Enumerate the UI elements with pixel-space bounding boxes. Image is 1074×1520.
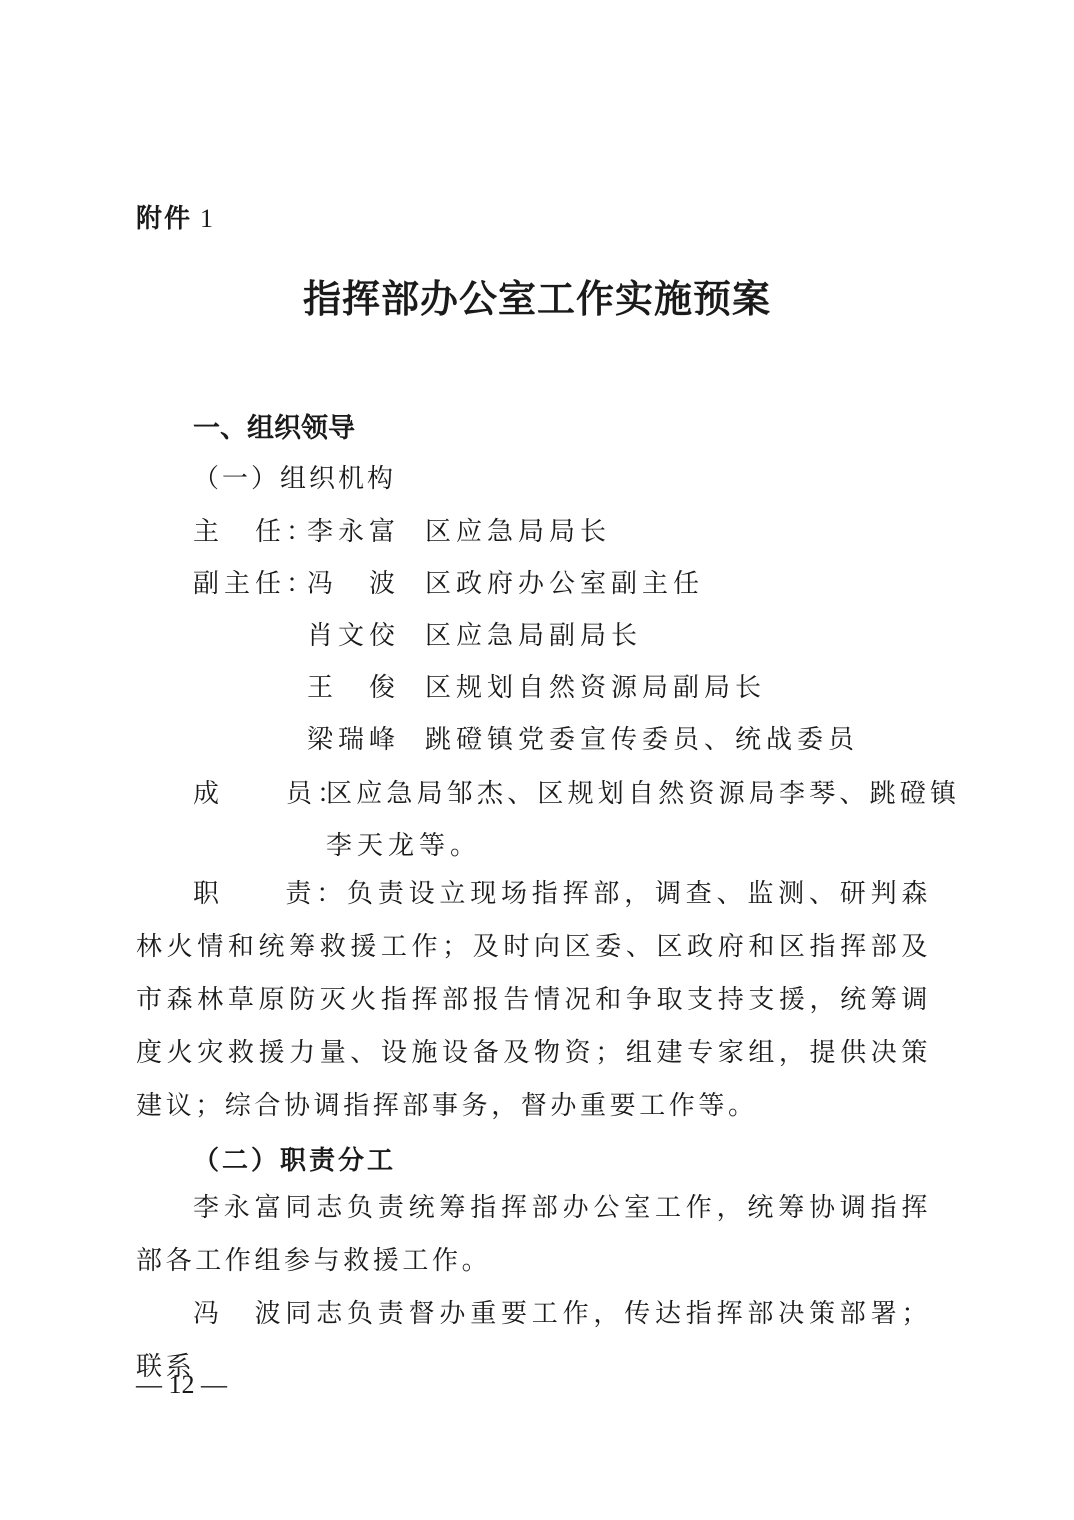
deputy-position: 区政府办公室副主任	[425, 563, 704, 600]
deputy-name: 冯 波	[307, 563, 400, 600]
director-name: 李永富	[307, 511, 400, 548]
deputy-name: 肖文佼	[307, 615, 400, 652]
section-heading-organization: 一、组织领导	[193, 406, 355, 445]
subsection-heading-division: （二）职责分工	[193, 1140, 396, 1177]
duties-text: 负责设立现场指挥部，调查、监测、研判森林火情和统筹救援工作；及时向区委、区政府和…	[136, 879, 931, 1121]
attachment-label-text: 附件	[136, 204, 192, 234]
director-role: 主 任：	[193, 511, 317, 548]
document-title: 指挥部办公室工作实施预案	[0, 268, 1074, 323]
division-paragraph: 冯 波同志负责督办重要工作，传达指挥部决策部署；联系	[136, 1288, 931, 1394]
members-line-1: 区应急局邹杰、区规划自然资源局李琴、跳磴镇	[326, 773, 960, 810]
deputy-position: 区应急局副局长	[425, 615, 642, 652]
attachment-label: 附件1	[136, 198, 215, 235]
members-line-2: 李天龙等。	[326, 825, 481, 862]
attachment-number: 1	[200, 204, 215, 233]
subsection-heading-structure: （一）组织机构	[193, 458, 396, 495]
page-number: — 12 —	[136, 1370, 227, 1400]
deputy-role: 副主任：	[193, 563, 317, 600]
deputy-position: 区规划自然资源局副局长	[425, 667, 766, 704]
members-role: 成 员：	[193, 773, 348, 810]
duties-paragraph: 职 责：负责设立现场指挥部，调查、监测、研判森林火情和统筹救援工作；及时向区委、…	[136, 868, 931, 1133]
deputy-position: 跳磴镇党委宣传委员、统战委员	[425, 719, 859, 756]
duties-role: 职 责：	[193, 879, 347, 909]
deputy-name: 王 俊	[307, 667, 400, 704]
director-position: 区应急局局长	[425, 511, 611, 548]
division-paragraph: 李永富同志负责统筹指挥部办公室工作，统筹协调指挥部各工作组参与救援工作。	[136, 1182, 931, 1288]
deputy-name: 梁瑞峰	[307, 719, 400, 756]
